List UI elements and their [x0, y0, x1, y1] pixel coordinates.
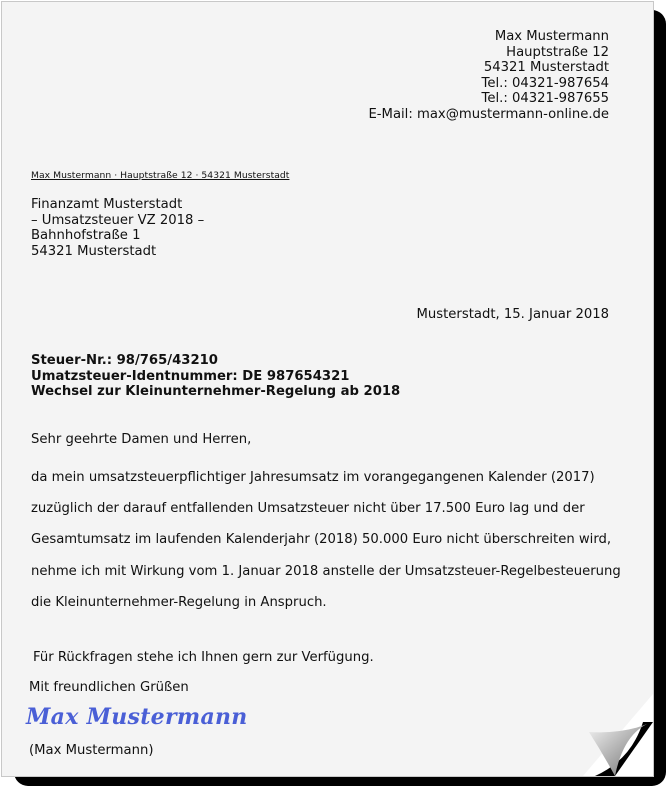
subject-block: Steuer-Nr.: 98/765/43210 Umatzsteuer-Ide…: [31, 353, 400, 400]
sender-city: 54321 Musterstadt: [368, 60, 609, 76]
body-line: Gesamtumsatz im laufenden Kalenderjahr (…: [31, 524, 621, 555]
vat-id: Umatzsteuer-Identnummer: DE 987654321: [31, 369, 400, 385]
subject-title: Wechsel zur Kleinunternehmer-Regelung ab…: [31, 384, 400, 400]
sender-street: Hauptstraße 12: [368, 45, 609, 61]
body-line: da mein umsatzsteuerpflichtiger Jahresum…: [31, 462, 621, 493]
return-address-line: Max Mustermann · Hauptstraße 12 · 54321 …: [31, 170, 289, 181]
closing-greeting: Mit freundlichen Grüßen: [29, 680, 189, 695]
sender-name: Max Mustermann: [368, 29, 609, 45]
page-curl-icon: [583, 694, 653, 776]
recipient-street: Bahnhofstraße 1: [31, 228, 204, 244]
body-line: zuzüglich der darauf entfallenden Umsatz…: [31, 493, 621, 524]
sender-address-block: Max Mustermann Hauptstraße 12 54321 Must…: [368, 29, 609, 123]
recipient-department: – Umsatzsteuer VZ 2018 –: [31, 213, 204, 229]
tax-number: Steuer-Nr.: 98/765/43210: [31, 353, 400, 369]
sender-email: E-Mail: max@mustermann-online.de: [368, 107, 609, 123]
printed-name: (Max Mustermann): [29, 743, 153, 758]
body-line: nehme ich mit Wirkung vom 1. Januar 2018…: [31, 556, 621, 587]
body-line: die Kleinunternehmer-Regelung in Anspruc…: [31, 587, 621, 618]
handwritten-signature: Max Mustermann: [26, 704, 248, 730]
salutation: Sehr geehrte Damen und Herren,: [31, 432, 251, 447]
date-line: Musterstadt, 15. Januar 2018: [417, 307, 609, 322]
sender-phone-2: Tel.: 04321-987655: [368, 91, 609, 107]
recipient-city: 54321 Musterstadt: [31, 244, 204, 260]
recipient-address-block: Finanzamt Musterstadt – Umsatzsteuer VZ …: [31, 197, 204, 259]
letter-page: Max Mustermann Hauptstraße 12 54321 Must…: [1, 1, 654, 777]
letter-body: da mein umsatzsteuerpflichtiger Jahresum…: [31, 462, 621, 618]
closing-note: Für Rückfragen stehe ich Ihnen gern zur …: [33, 650, 374, 665]
sender-phone-1: Tel.: 04321-987654: [368, 76, 609, 92]
recipient-name: Finanzamt Musterstadt: [31, 197, 204, 213]
